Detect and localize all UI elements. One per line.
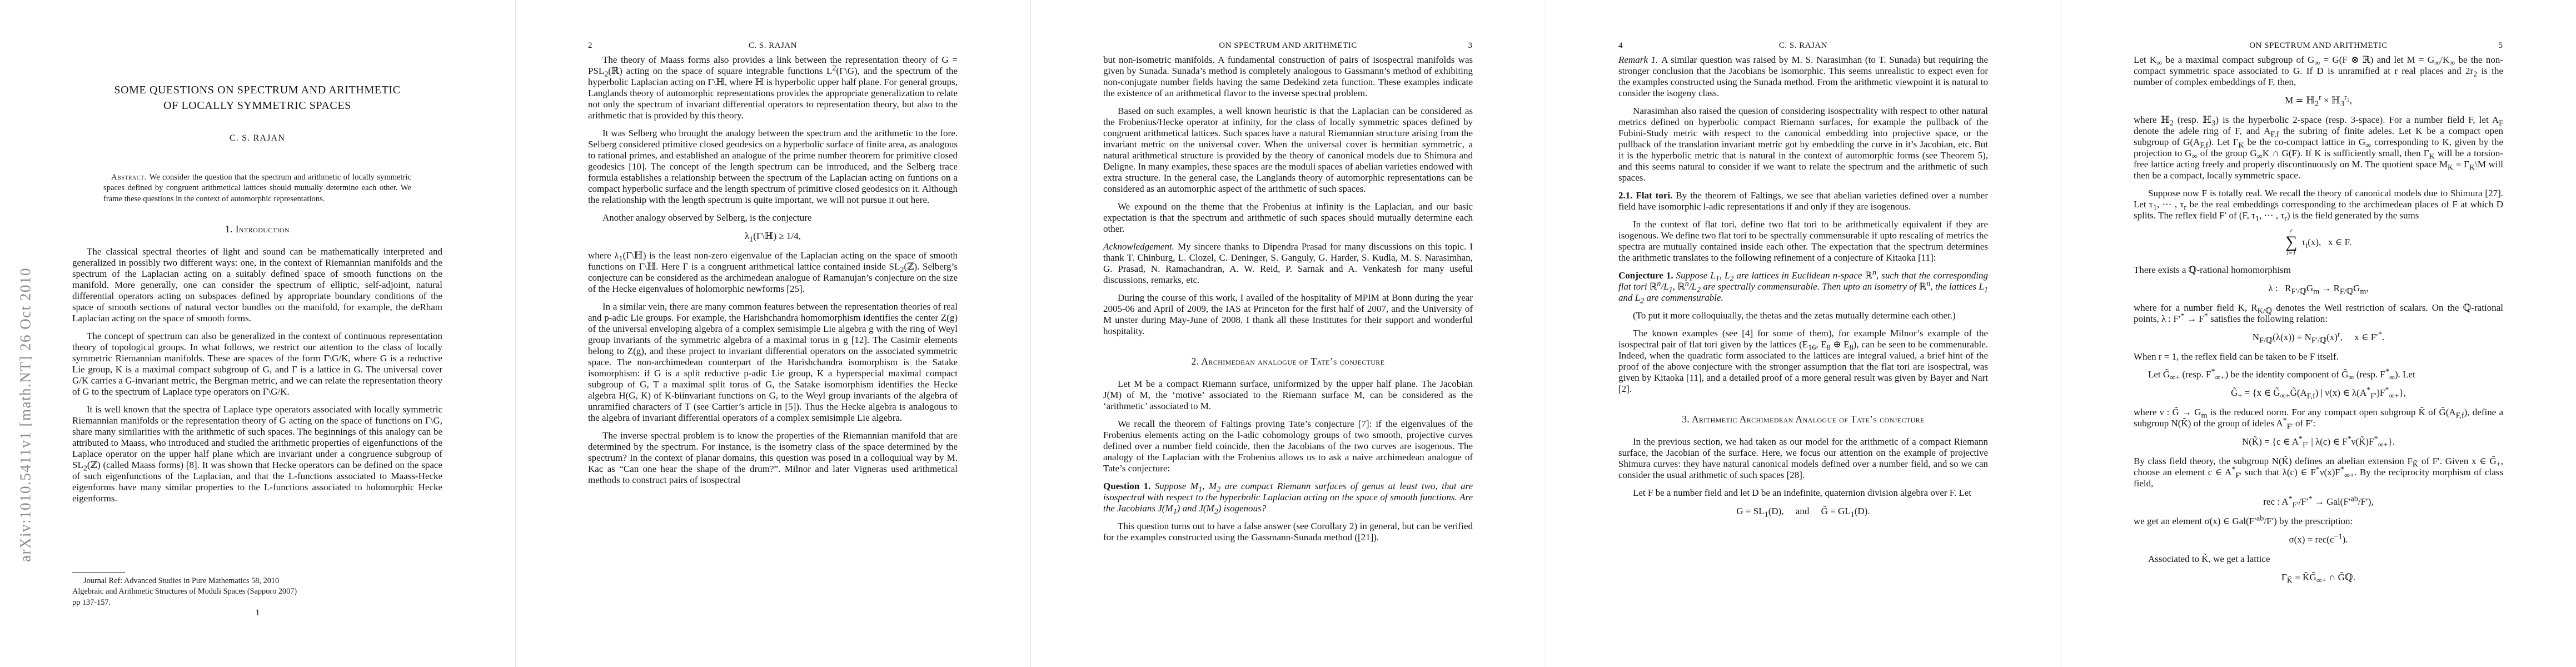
paragraph-lead: Question 1.	[1103, 481, 1155, 491]
page-header: ON SPECTRUM AND ARITHMETIC3	[1103, 41, 1473, 51]
page-body: but non-isometric manifolds. A fundament…	[1103, 54, 1473, 550]
paragraph: Let K∞ be a maximal compact subgroup of …	[2134, 54, 2503, 88]
sum-equation: r∑i=1τi(x), x ∈ F.	[2134, 228, 2503, 257]
display-equation: λ : RF′/ℚGm → RF/ℚGm,	[2134, 282, 2503, 295]
page-2: 2C. S. RAJANThe theory of Maass forms al…	[515, 0, 1030, 667]
page-1: SOME QUESTIONS ON SPECTRUM AND ARITHMETI…	[0, 0, 515, 667]
paragraph: where ℍ2 (resp. ℍ3) is the hyperbolic 2-…	[2134, 115, 2503, 181]
display-equation: rec : A*F′/F′* → Gal(F′ab/F′),	[2134, 496, 2503, 508]
running-head: ON SPECTRUM AND ARITHMETIC	[1131, 41, 1445, 51]
paragraph: Associated to K̃, we get a lattice	[2134, 554, 2503, 565]
paragraph: Let F be a number field and let D be an …	[1618, 487, 1988, 499]
paragraph: It was Selberg who brought the analogy b…	[588, 128, 958, 206]
header-page-number-right: 3	[1445, 41, 1473, 51]
display-equation: λ1(Γ\ℍ) ≥ 1/4,	[588, 230, 958, 242]
page-header: ON SPECTRUM AND ARITHMETIC5	[2134, 41, 2503, 51]
paragraph: Let M be a compact Riemann surface, unif…	[1103, 379, 1473, 412]
page-body: The theory of Maass forms also provides …	[588, 54, 958, 492]
paragraph: When r = 1, the reflex field can be take…	[2134, 351, 2503, 362]
paragraph: Let G̃∞+ (resp. F*∞+) be the identity co…	[2134, 369, 2503, 380]
section-heading: 3. Arithmetic Archimedean Analogue of Ta…	[1618, 414, 1988, 425]
paragraph: In the context of flat tori, define two …	[1618, 219, 1988, 263]
display-equation: G = SL1(D), and G̃ = GL1(D).	[1618, 505, 1988, 517]
paper-spread: SOME QUESTIONS ON SPECTRUM AND ARITHMETI…	[0, 0, 2576, 667]
paragraph-lead: Conjecture 1.	[1618, 270, 1676, 281]
paragraph: we get an element σ(x) ∈ Gal(F′ab/F′) by…	[2134, 516, 2503, 527]
section-heading: 1. Introduction	[72, 223, 442, 235]
paragraph: The inverse spectral problem is to know …	[588, 430, 958, 486]
page-number: 1	[0, 608, 515, 618]
paragraph: By class field theory, the subgroup N(K̃…	[2134, 456, 2503, 489]
paragraph: Based on such examples, a well known heu…	[1103, 106, 1473, 195]
sum-symbol: r∑i=1	[2285, 228, 2297, 257]
paragraph: During the course of this work, I availe…	[1103, 292, 1473, 337]
paragraph: Another analogy observed by Selberg, is …	[588, 212, 958, 223]
page-header: 2C. S. RAJAN	[588, 41, 958, 51]
paragraph: Question 1. Suppose M1, M2 are compact R…	[1103, 481, 1473, 514]
paragraph: In a similar vein, there are many common…	[588, 301, 958, 424]
paragraph: where ν : G̃ → Gm is the reduced norm. F…	[2134, 407, 2503, 429]
display-equation: N(K̃) = {c ∈ A*F′ | λ(c) ∈ F*ν(K̃)F*∞+}.	[2134, 436, 2503, 448]
paragraph: We expound on the theme that the Frobeni…	[1103, 201, 1473, 235]
paper-author: C. S. RAJAN	[72, 133, 442, 143]
footnote-line: pp 137-157.	[72, 598, 442, 608]
title-line: OF LOCALLY SYMMETRIC SPACES	[72, 98, 442, 113]
paragraph: but non-isometric manifolds. A fundament…	[1103, 54, 1473, 99]
header-page-number-left: 2	[588, 41, 616, 51]
footnote-rule	[72, 573, 125, 573]
paragraph: 2.1. Flat tori. By the theorem of Faltin…	[1618, 190, 1988, 212]
paragraph: Suppose now F is totally real. We recall…	[2134, 188, 2503, 221]
footnote: Journal Ref: Advanced Studies in Pure Ma…	[72, 573, 442, 608]
paragraph-lead: 2.1. Flat tori.	[1618, 190, 1676, 201]
running-head: ON SPECTRUM AND ARITHMETIC	[2161, 41, 2475, 51]
paragraph: The theory of Maass forms also provides …	[588, 54, 958, 121]
page-3: ON SPECTRUM AND ARITHMETIC3but non-isome…	[1030, 0, 1546, 667]
paragraph: The known examples (see [4] for some of …	[1618, 328, 1988, 395]
paragraph-lead: Remark 1.	[1618, 54, 1661, 65]
paragraph: It is well known that the spectra of Lap…	[72, 404, 442, 504]
abstract: Abstract. We consider the question that …	[103, 172, 411, 205]
paragraph: In the previous section, we had taken as…	[1618, 436, 1988, 481]
paragraph: where λ1(Γ\ℍ) is the least non-zero eige…	[588, 250, 958, 295]
paragraph: Narasimhan also raised the quesion of co…	[1618, 106, 1988, 183]
header-page-number-left: 4	[1618, 41, 1646, 51]
title-line: SOME QUESTIONS ON SPECTRUM AND ARITHMETI…	[72, 82, 442, 98]
running-head: C. S. RAJAN	[1646, 41, 1960, 51]
page-body: Remark 1. A similar question was raised …	[1618, 54, 1988, 525]
arxiv-stamp: arXiv:1010.5411v1 [math.NT] 26 Oct 2010	[17, 267, 34, 562]
paragraph: Conjecture 1. Suppose L1, L2 are lattice…	[1618, 270, 1988, 303]
paragraph: (To put it more colloquiually, the theta…	[1618, 310, 1988, 321]
page-header: 4C. S. RAJAN	[1618, 41, 1988, 51]
paragraph: The concept of spectrum can also be gene…	[72, 331, 442, 397]
display-equation: G̃+ = {x ∈ G̃∞+G̃(AF,f) | ν(x) ∈ λ(A*F′)…	[2134, 387, 2503, 399]
page-5: ON SPECTRUM AND ARITHMETIC5Let K∞ be a m…	[2061, 0, 2576, 667]
paragraph: This question turns out to have a false …	[1103, 521, 1473, 543]
page-body: SOME QUESTIONS ON SPECTRUM AND ARITHMETI…	[72, 54, 442, 511]
paragraph: Remark 1. A similar question was raised …	[1618, 54, 1988, 99]
paragraph: We recall the theorem of Faltings provin…	[1103, 419, 1473, 474]
page-body: Let K∞ be a maximal compact subgroup of …	[2134, 54, 2503, 591]
paragraph: Acknowledgement. My sincere thanks to Di…	[1103, 241, 1473, 286]
display-equation: M ≃ ℍ2r × ℍ3r₂,	[2134, 94, 2503, 107]
section-heading: 2. Archimedean analogue of Tate’s conjec…	[1103, 356, 1473, 367]
paragraph: where for a number field K, RK/ℚ denotes…	[2134, 302, 2503, 325]
paragraph-lead: Acknowledgement.	[1103, 241, 1178, 252]
header-page-number-right: 5	[2475, 41, 2503, 51]
running-head: C. S. RAJAN	[616, 41, 930, 51]
abstract-label: Abstract.	[111, 173, 150, 182]
paper-title: SOME QUESTIONS ON SPECTRUM AND ARITHMETI…	[72, 82, 442, 113]
display-equation: σ(x) = rec(c−1).	[2134, 534, 2503, 546]
footnote-line: Algebraic and Arithmetic Structures of M…	[72, 586, 442, 597]
display-equation: NF/ℚ(λ(x)) = NF′/ℚ(x)r, x ∈ F′*.	[2134, 331, 2503, 344]
display-equation: ΓK̃ = K̃G̃∞+ ∩ G̃ℚ.	[2134, 571, 2503, 584]
page-4: 4C. S. RAJANRemark 1. A similar question…	[1546, 0, 2061, 667]
footnote-line: Journal Ref: Advanced Studies in Pure Ma…	[72, 576, 442, 586]
paragraph: There exists a ℚ-rational homomorphism	[2134, 265, 2503, 276]
paragraph: The classical spectral theories of light…	[72, 246, 442, 324]
